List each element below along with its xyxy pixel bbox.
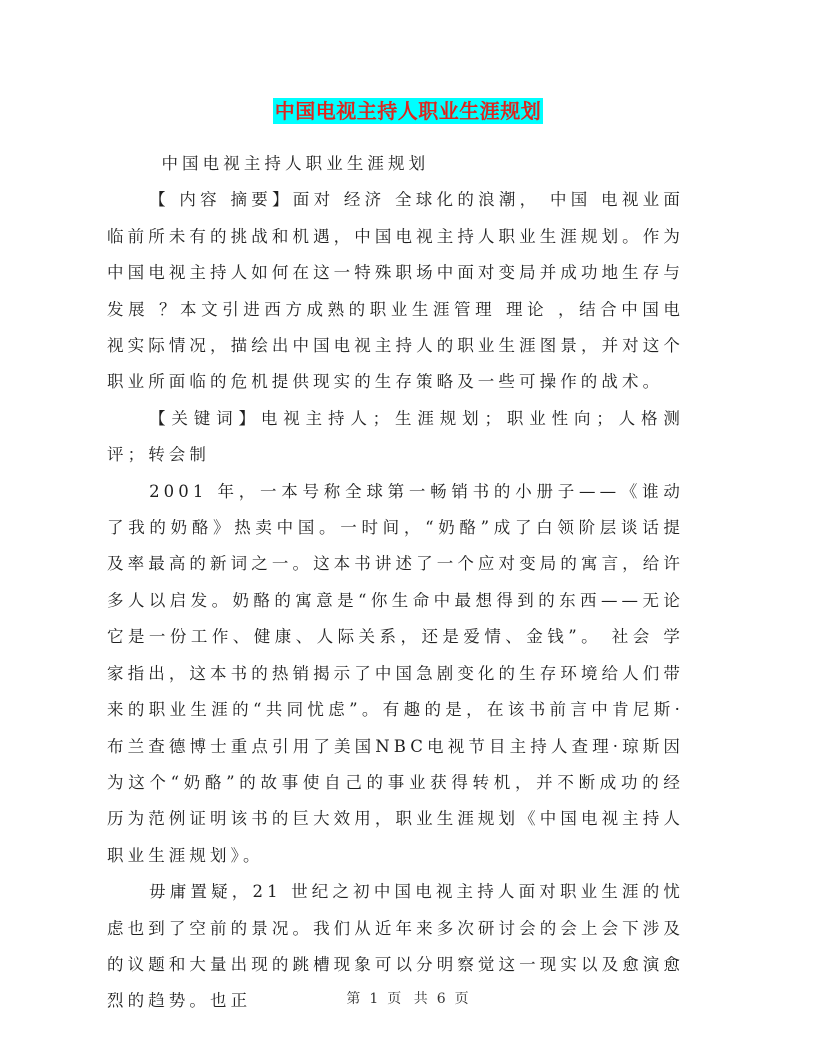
document-title: 中国电视主持人职业生涯规划 [273,98,544,124]
page-footer: 第1页 共6页 [0,988,816,1008]
page-suffix: 页 [455,991,470,1007]
page-total-number: 6 [437,991,447,1007]
body-paragraph: 2001 年，一本号称全球第一畅销书的小册子——《谁动了我的奶酪》热卖中国。一时… [107,474,684,874]
page-prefix: 第 [346,991,361,1007]
page-current-number: 1 [369,991,379,1007]
page-mid-label: 页 共 [387,991,428,1007]
document-page: 中国电视主持人职业生涯规划 中国电视主持人职业生涯规划 【 内容 摘要】面对 经… [0,0,816,1056]
subtitle-paragraph: 中国电视主持人职业生涯规划 [107,146,684,182]
title-container: 中国电视主持人职业生涯规划 [0,98,816,124]
document-body: 中国电视主持人职业生涯规划 【 内容 摘要】面对 经济 全球化的浪潮， 中国 电… [107,146,684,1020]
abstract-paragraph: 【 内容 摘要】面对 经济 全球化的浪潮， 中国 电视业面临前所未有的挑战和机遇… [107,182,684,400]
keywords-paragraph: 【关键词】电视主持人；生涯规划；职业性向；人格测评；转会制 [107,401,684,474]
